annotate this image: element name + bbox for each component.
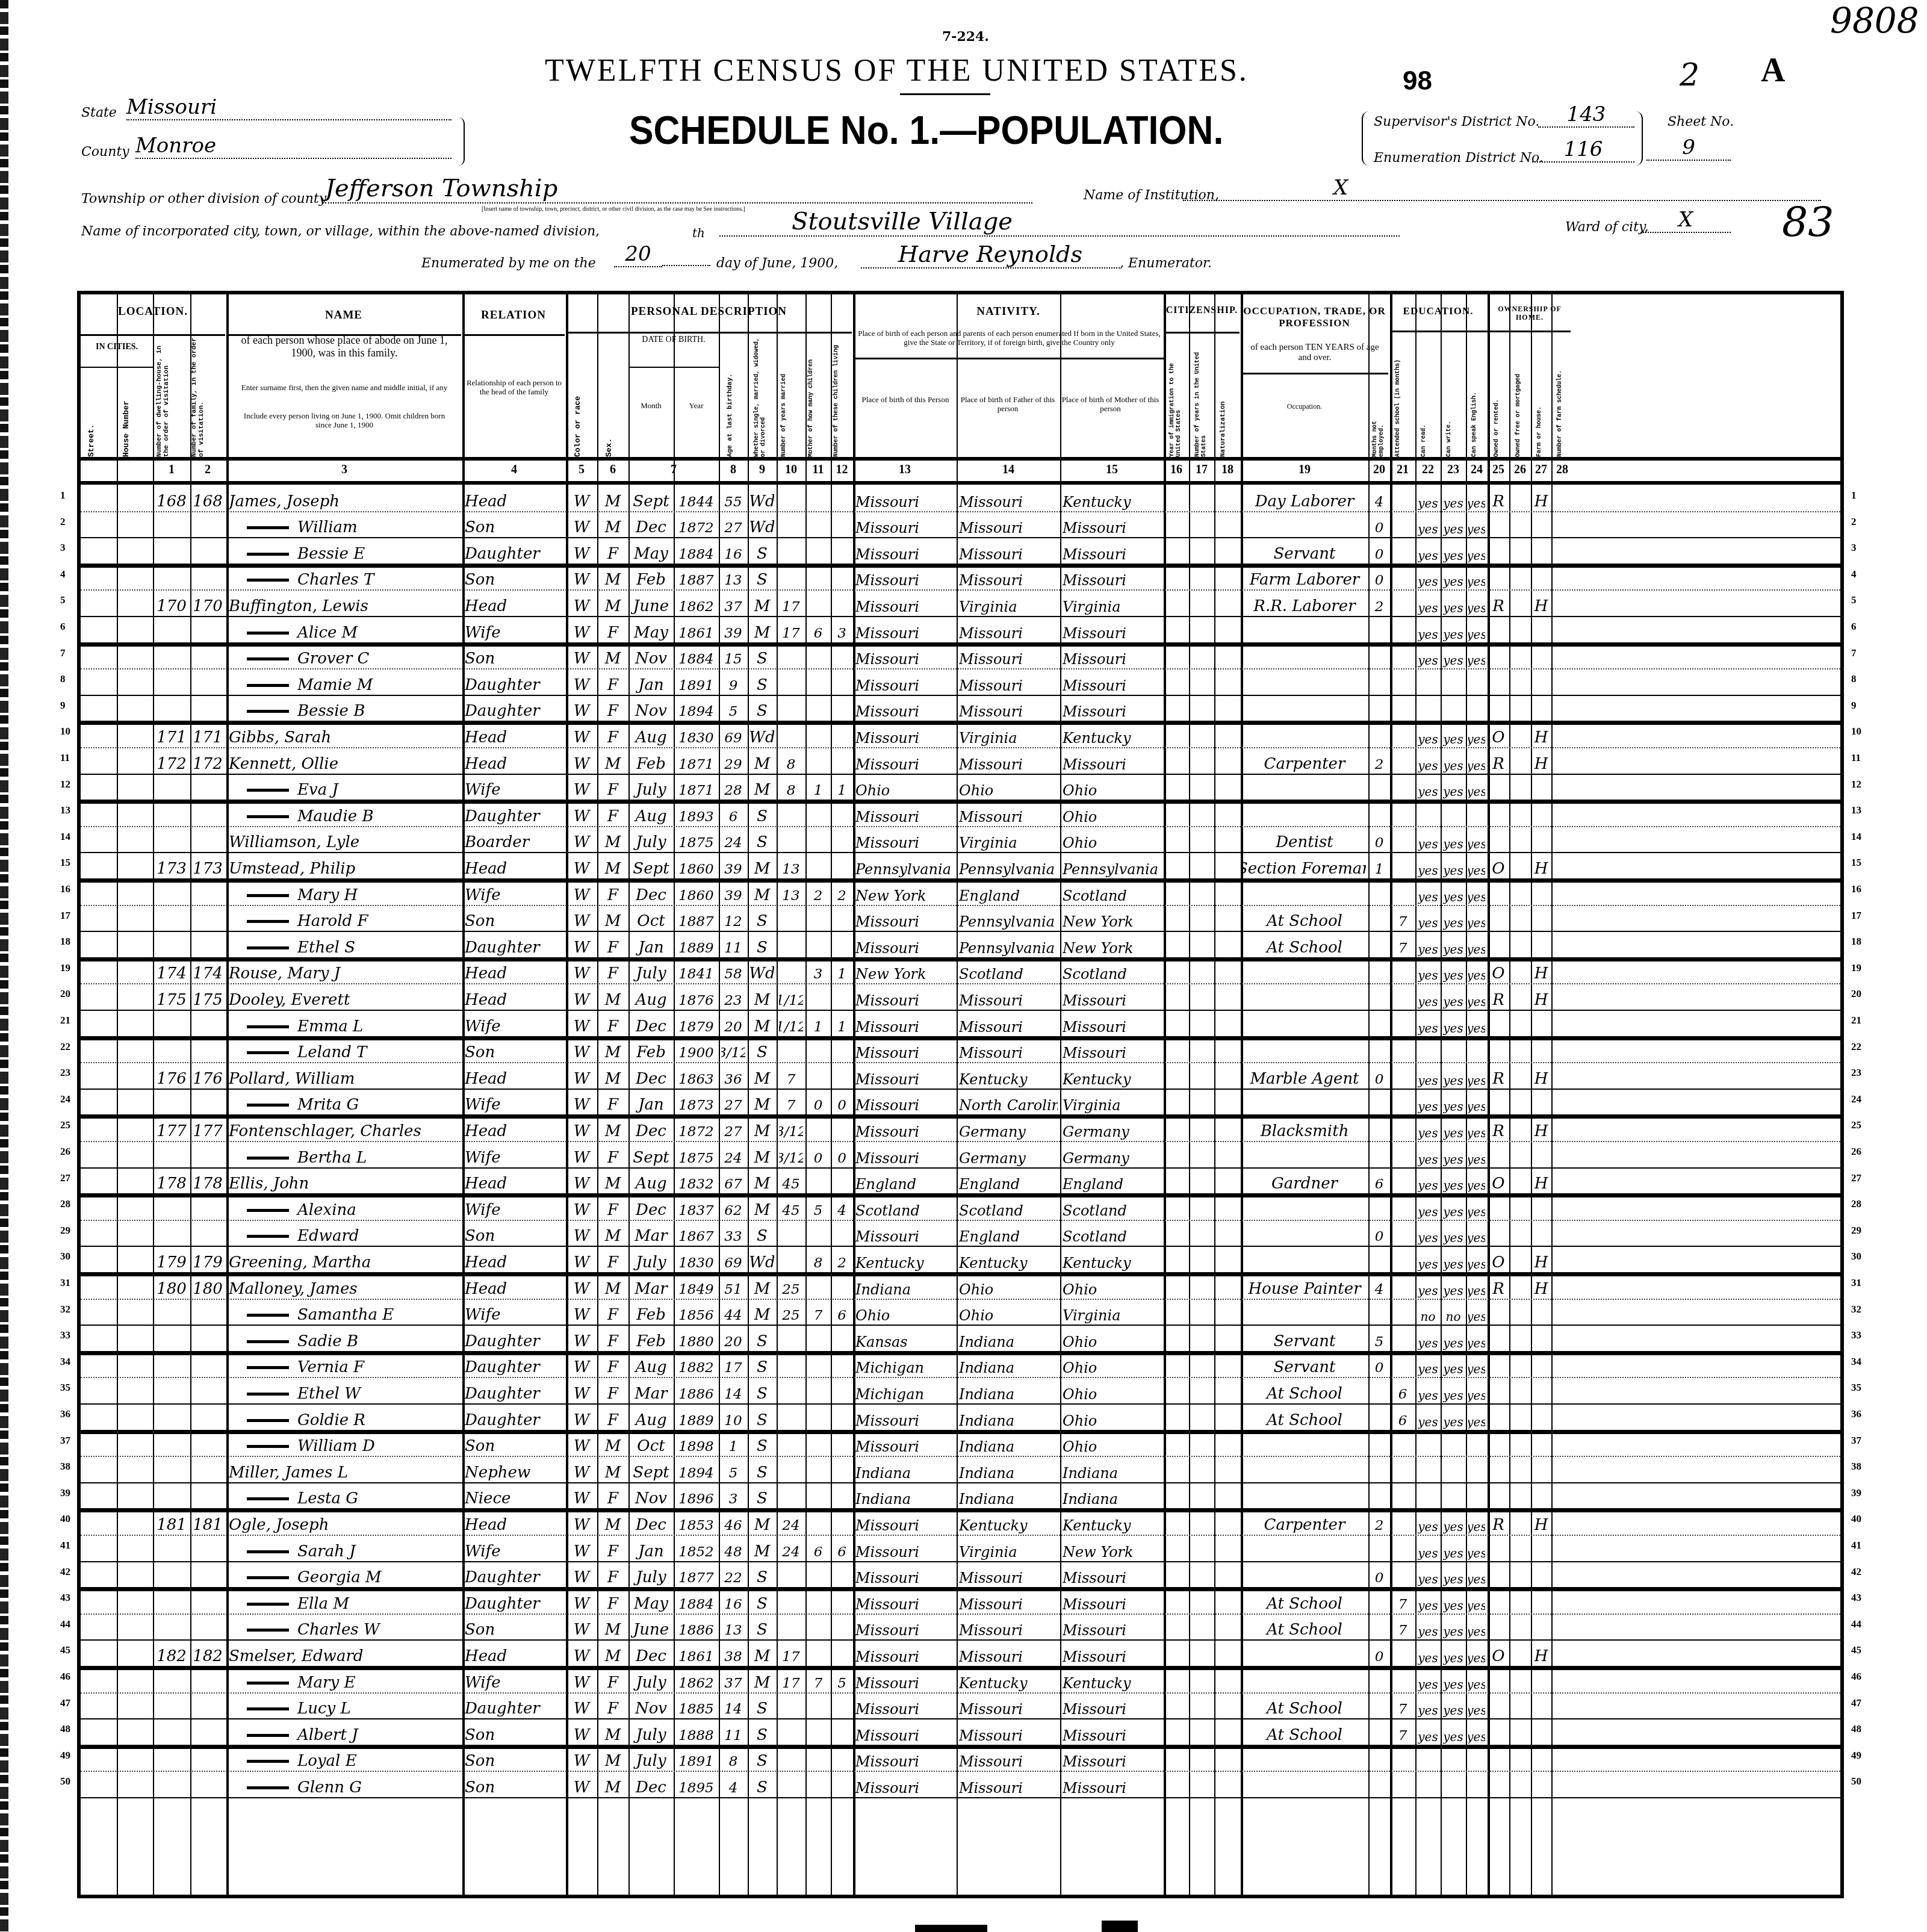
column-number: 19 — [1241, 463, 1368, 477]
cell-months-unemployed: 0 — [1371, 537, 1388, 564]
cell-text: W — [574, 1491, 590, 1506]
cell-mother-of: 1 — [808, 1010, 828, 1036]
rule — [226, 334, 461, 336]
cell-text: Missouri — [855, 836, 919, 850]
cell-text: S — [757, 677, 768, 693]
cell-text: yes — [1418, 1626, 1438, 1638]
cell-text: W — [574, 913, 590, 929]
cell-text: Daughter — [465, 1334, 540, 1349]
line-number-left: 14 — [60, 831, 70, 843]
cell-can-read: yes — [1418, 747, 1438, 774]
line-number-right: 41 — [1851, 1539, 1861, 1552]
line-number-left: 26 — [60, 1146, 70, 1158]
cell-text: S — [757, 1701, 768, 1716]
cell-birth-mother: Ohio — [1063, 1430, 1161, 1456]
cell-birth-father: Pennsylvania — [959, 852, 1058, 878]
cell-birth-year: 1898 — [676, 1430, 716, 1456]
cell-text: Missouri — [959, 626, 1023, 641]
cell-birth-person: Missouri — [855, 668, 954, 695]
cell-dwelling-number: 176 — [155, 1062, 188, 1089]
cell-text: W — [574, 809, 590, 824]
line-number-left: 35 — [60, 1382, 70, 1394]
cell-children-living: 5 — [833, 1666, 851, 1692]
cell-text: 0 — [1375, 836, 1384, 850]
cell-text: Aug — [635, 992, 666, 1008]
cell-farm-house — [1533, 1141, 1549, 1167]
cell-birth-month: July — [631, 826, 671, 853]
column-number: 24 — [1466, 463, 1488, 477]
cell-text: 172 — [193, 756, 223, 772]
cell-text: Jan — [638, 940, 664, 955]
cell-birth-year: 1884 — [676, 642, 716, 669]
line-number-right: 40 — [1851, 1513, 1861, 1525]
cell-text: yes — [1418, 1390, 1438, 1402]
cell-children-living — [833, 1062, 851, 1089]
cell-name: Dooley, Everett — [229, 983, 460, 1010]
cell-birth-person: Missouri — [855, 589, 954, 616]
line-number-left: 6 — [60, 621, 66, 633]
cell-can-write — [1443, 1482, 1463, 1509]
table-row: Loyal ESonWMJuly18918SMissouriMissouriMi… — [81, 1745, 1840, 1772]
cell-marital: S — [750, 695, 774, 721]
cell-mother-of — [808, 1639, 828, 1666]
header-sex: Sex. — [604, 415, 613, 457]
cell-text: W — [574, 1307, 590, 1323]
brace — [458, 117, 465, 166]
rule — [853, 358, 1164, 359]
table-row: Mary EWifeWFJuly186237M1775MissouriKentu… — [81, 1666, 1840, 1694]
cell-family-number: 179 — [193, 1246, 223, 1272]
cell-text: At School — [1267, 1412, 1342, 1428]
line-number-left: 32 — [60, 1303, 70, 1315]
cell-owned-free — [1512, 1010, 1528, 1036]
header-education: EDUCATION. — [1390, 305, 1486, 317]
cell-months-unemployed: 6 — [1371, 1167, 1388, 1194]
cell-age: 39 — [721, 616, 745, 642]
cell-farm-house — [1533, 1377, 1549, 1403]
line-number-right: 24 — [1851, 1093, 1861, 1105]
cell-text: W — [574, 834, 590, 850]
cell-text: yes — [1468, 550, 1485, 562]
cell-attended-school — [1392, 957, 1413, 984]
cell-name: Glenn G — [229, 1771, 460, 1797]
cell-birth-month: Aug — [631, 1351, 671, 1378]
table-row: Ella MDaughterWFMay188416SMissouriMissou… — [81, 1587, 1840, 1615]
cell-birth-person: Missouri — [855, 1141, 954, 1167]
column-number: 27 — [1531, 463, 1551, 477]
cell-text: Missouri — [1063, 626, 1126, 641]
cell-text: 17 — [782, 627, 799, 641]
line-number-right: 28 — [1851, 1198, 1861, 1210]
header-nativity: NATIVITY. — [853, 305, 1164, 318]
cell-birth-year: 1861 — [676, 1639, 716, 1666]
cell-name: Malloney, James — [229, 1272, 460, 1299]
cell-text: 1863 — [678, 1073, 714, 1087]
header-birth-father: Place of birth of Father of this person — [960, 396, 1056, 414]
cell-marital: M — [750, 1010, 774, 1036]
line-number-left: 42 — [60, 1566, 70, 1578]
cell-text: Dec — [636, 1019, 666, 1034]
cell-text: H — [1534, 730, 1548, 745]
cell-can-read — [1418, 668, 1438, 695]
cell-text: 174 — [193, 966, 223, 981]
cell-sex: M — [600, 589, 626, 616]
cell-text: H — [1534, 1176, 1548, 1191]
cell-birth-person: Missouri — [855, 1639, 954, 1666]
cell-birth-mother: Scotland — [1063, 957, 1161, 984]
cell-text: W — [574, 1465, 590, 1480]
cell-text: Missouri — [855, 1754, 919, 1769]
cell-text: 176 — [193, 1071, 223, 1087]
cell-owned-free — [1512, 1430, 1528, 1456]
cell-text: yes — [1418, 1547, 1438, 1559]
line-number-right: 36 — [1851, 1408, 1861, 1420]
cell-birth-mother: Germany — [1063, 1141, 1161, 1167]
cell-months-unemployed: 4 — [1371, 1272, 1388, 1299]
column-number: 12 — [831, 463, 853, 477]
cell-text: yes — [1443, 760, 1463, 772]
cell-text: W — [574, 1753, 590, 1769]
cell-text: M — [754, 1544, 771, 1559]
cell-can-read: yes — [1418, 1325, 1438, 1351]
cell-text: 39 — [724, 889, 742, 903]
title-rule — [900, 93, 990, 95]
cell-text: Indiana — [959, 1466, 1014, 1480]
cell-birth-year: 1832 — [676, 1167, 716, 1194]
ditto-dash — [247, 657, 289, 660]
cell-text: 180 — [157, 1281, 187, 1297]
line-number-right: 16 — [1851, 883, 1861, 895]
cell-text: 4 — [837, 1204, 846, 1218]
cell-text: F — [607, 1019, 618, 1034]
cell-can-speak-english: yes — [1468, 1220, 1485, 1246]
cell-birth-year: 1863 — [676, 1062, 716, 1089]
cell-age: 15 — [721, 642, 745, 669]
line-number-left: 31 — [60, 1277, 70, 1289]
cell-color: W — [568, 1299, 595, 1325]
cell-birth-father: Ohio — [959, 1299, 1058, 1325]
cell-text: O — [1492, 1176, 1504, 1191]
cell-birth-person: Missouri — [855, 1535, 954, 1561]
cell-birth-father: Kentucky — [959, 1666, 1058, 1692]
scan-noise — [1102, 1921, 1138, 1932]
cell-dwelling-number — [155, 668, 188, 695]
line-number-left: 37 — [60, 1435, 70, 1447]
cell-can-speak-english: yes — [1468, 747, 1485, 774]
cell-mother-of: 5 — [808, 1193, 828, 1220]
cell-relation: Wife — [465, 1141, 563, 1167]
cell-text: Day Laborer — [1255, 494, 1354, 509]
cell-owned-free — [1512, 1220, 1528, 1246]
cell-color: W — [568, 1351, 595, 1378]
cell-owned-free — [1512, 1089, 1528, 1115]
cell-text: 180 — [193, 1281, 223, 1297]
cell-text: W — [574, 1202, 590, 1218]
header-occupation-group: OCCUPATION, TRADE, OR PROFESSION — [1241, 305, 1388, 329]
cell-text: 168 — [157, 494, 187, 509]
cell-text: yes — [1418, 838, 1438, 850]
cell-text: Dec — [636, 520, 666, 535]
header-year: Year — [674, 402, 719, 411]
cell-text: Daughter — [465, 940, 540, 955]
cell-birth-year: 1875 — [676, 826, 716, 853]
cell-name: Lucy L — [229, 1692, 460, 1719]
line-number-left: 10 — [60, 725, 70, 738]
cell-owned-rented — [1490, 1430, 1507, 1456]
cell-relation: Daughter — [465, 668, 563, 695]
cell-years-married — [779, 1220, 803, 1246]
cell-text: Virginia — [959, 836, 1017, 850]
cell-text: Son — [465, 1780, 495, 1795]
cell-birth-father: Kentucky — [959, 1246, 1058, 1272]
cell-dwelling-number — [155, 1745, 188, 1771]
cell-text: yes — [1468, 1258, 1485, 1270]
cell-occupation — [1243, 668, 1366, 695]
cell-can-write: yes — [1443, 1272, 1463, 1299]
line-number-left: 29 — [60, 1225, 70, 1237]
cell-text: W — [574, 1334, 590, 1349]
cell-years-married: 17 — [779, 1666, 803, 1692]
cell-text: 1862 — [678, 600, 714, 614]
cell-can-write: yes — [1443, 589, 1463, 616]
cell-text: Dec — [636, 1071, 666, 1087]
cell-birth-year: 1875 — [676, 1141, 716, 1167]
cell-color: W — [568, 511, 595, 538]
cell-sex: M — [600, 1508, 626, 1535]
cell-owned-rented — [1490, 905, 1507, 931]
cell-age: 33 — [721, 1220, 745, 1246]
given-name: Mary E — [297, 1675, 355, 1691]
cell-text: 67 — [724, 1178, 742, 1191]
cell-months-unemployed — [1371, 721, 1388, 747]
cell-owned-free — [1512, 1141, 1528, 1167]
cell-can-read: yes — [1418, 1535, 1438, 1561]
cell-text: yes — [1418, 1704, 1438, 1716]
column-number: 26 — [1509, 463, 1531, 477]
cell-text: yes — [1418, 576, 1438, 588]
cell-sex: M — [600, 1062, 626, 1089]
cell-mother-of — [808, 721, 828, 747]
cell-months-unemployed: 0 — [1371, 826, 1388, 853]
cell-owned-rented: R — [1490, 485, 1507, 511]
cell-text: 170 — [157, 598, 187, 614]
cell-can-speak-english: yes — [1468, 1325, 1485, 1351]
cell-family-number — [193, 1193, 223, 1220]
cell-marital: S — [750, 1220, 774, 1246]
cell-owned-rented — [1490, 1614, 1507, 1640]
cell-text: W — [574, 520, 590, 535]
cell-years-married — [779, 721, 803, 747]
cell-text: W — [574, 1386, 590, 1402]
cell-text: Missouri — [959, 521, 1023, 535]
cell-owned-rented — [1490, 1561, 1507, 1588]
cell-owned-free — [1512, 878, 1528, 905]
cell-age: 13 — [721, 564, 745, 590]
cell-years-married: 8 — [779, 774, 803, 800]
cell-occupation — [1243, 800, 1366, 826]
cell-can-write: yes — [1443, 931, 1463, 957]
cell-can-write — [1443, 1430, 1463, 1456]
cell-birth-father: Missouri — [959, 1587, 1058, 1614]
column-number: 14 — [957, 463, 1060, 477]
table-row: Ethel WDaughterWFMar188614SMichiganIndia… — [81, 1377, 1840, 1405]
cell-can-read: yes — [1418, 1193, 1438, 1220]
cell-text: M — [605, 834, 621, 850]
cell-mother-of — [808, 564, 828, 590]
cell-birth-person: Missouri — [855, 1089, 954, 1115]
cell-birth-month: July — [631, 1666, 671, 1692]
cell-text: Missouri — [855, 1125, 919, 1139]
cell-occupation: Carpenter — [1243, 747, 1366, 774]
cell-text: 45 — [782, 1204, 799, 1218]
cell-sex: F — [600, 931, 626, 957]
table-row: 177177Fontenschlager, CharlesHeadWMDec18… — [81, 1114, 1840, 1142]
cell-marital: Wd — [750, 721, 774, 747]
cell-months-unemployed: 0 — [1371, 511, 1388, 538]
cell-text: Ohio — [855, 1308, 890, 1323]
cell-text: yes — [1443, 733, 1463, 745]
cell-dwelling-number — [155, 511, 188, 538]
cell-name: Ethel W — [229, 1377, 460, 1403]
cell-text: 2 — [837, 1256, 846, 1270]
cell-text: 25 — [782, 1309, 799, 1323]
cell-age: 13 — [721, 1614, 745, 1640]
cell-can-speak-english: yes — [1468, 1535, 1485, 1561]
cell-text: England — [959, 1177, 1020, 1191]
cell-text: S — [757, 1596, 768, 1612]
cell-birth-year: 1893 — [676, 800, 716, 826]
cell-text: 27 — [724, 1099, 742, 1113]
cell-can-speak-english — [1468, 1456, 1485, 1482]
cell-color: W — [568, 1718, 595, 1745]
cell-farm-house — [1533, 1561, 1549, 1588]
cell-can-write: yes — [1443, 537, 1463, 564]
cell-children-living — [833, 1561, 851, 1588]
cell-text: M — [754, 1675, 771, 1691]
line-number-left: 22 — [60, 1041, 70, 1053]
cell-text: 1886 — [678, 1624, 714, 1638]
cell-children-living — [833, 642, 851, 669]
cell-relation: Son — [465, 1614, 563, 1640]
cell-text: Mar — [635, 1281, 668, 1297]
cell-mother-of: 3 — [808, 957, 828, 984]
cell-family-number — [193, 564, 223, 590]
cell-can-speak-english — [1468, 668, 1485, 695]
cell-color: W — [568, 983, 595, 1010]
cell-birth-mother: Ohio — [1063, 800, 1161, 826]
given-name: Mrita G — [297, 1097, 359, 1113]
cell-birth-year: 1891 — [676, 1745, 716, 1771]
cell-marital: S — [750, 1403, 774, 1430]
cell-text: 7 — [787, 1099, 796, 1113]
cell-text: M — [605, 1753, 621, 1769]
cell-attended-school — [1392, 589, 1413, 616]
cell-occupation: At School — [1243, 1614, 1366, 1640]
cell-text: Missouri — [855, 1702, 919, 1716]
cell-can-read: yes — [1418, 1141, 1438, 1167]
cell-family-number — [193, 695, 223, 721]
cell-can-write: yes — [1443, 852, 1463, 878]
cell-name: Grover C — [229, 642, 460, 669]
cell-mother-of — [808, 1351, 828, 1378]
cell-sex: M — [600, 1718, 626, 1745]
cell-attended-school: 7 — [1392, 1587, 1413, 1614]
cell-color: W — [568, 800, 595, 826]
cell-text: O — [1492, 861, 1504, 877]
cell-can-read: yes — [1418, 826, 1438, 853]
cell-can-write — [1443, 695, 1463, 721]
cell-mother-of: 0 — [808, 1089, 828, 1115]
line-number-right: 37 — [1851, 1435, 1861, 1447]
ditto-dash — [247, 894, 289, 897]
given-name: Lucy L — [297, 1701, 351, 1716]
cell-text: Servant — [1273, 546, 1335, 562]
cell-text: 55 — [724, 495, 742, 509]
cell-text: 182 — [157, 1648, 187, 1664]
cell-text: Germany — [959, 1151, 1026, 1166]
given-name: Eva J — [297, 782, 338, 798]
cell-birth-month: July — [631, 1718, 671, 1745]
cell-color: W — [568, 747, 595, 774]
cell-text: 175 — [157, 992, 187, 1008]
township-note: [Insert name of township, town, precinct… — [482, 206, 745, 213]
cell-mother-of — [808, 1771, 828, 1797]
cell-age: 16 — [721, 537, 745, 564]
cell-relation: Daughter — [465, 800, 563, 826]
cell-can-write — [1443, 668, 1463, 695]
cell-text: F — [607, 1596, 618, 1612]
cell-text: 0 — [1375, 574, 1384, 588]
cell-relation: Wife — [465, 1535, 563, 1561]
cell-color: W — [568, 1666, 595, 1692]
cell-mother-of — [808, 1456, 828, 1482]
given-name: Edward — [297, 1228, 359, 1244]
cell-name: James, Joseph — [229, 485, 460, 511]
cell-text: H — [1534, 966, 1548, 981]
cell-birth-month: Dec — [631, 1010, 671, 1036]
cell-can-write: yes — [1443, 826, 1463, 853]
cell-relation: Son — [465, 1771, 563, 1797]
cell-text: 33 — [724, 1230, 742, 1244]
cell-can-read — [1418, 1456, 1438, 1482]
cell-mother-of — [808, 1062, 828, 1089]
cell-children-living — [833, 800, 851, 826]
cell-text: New York — [855, 889, 926, 903]
rule — [462, 334, 565, 336]
cell-birth-mother: Virginia — [1063, 589, 1161, 616]
cell-farm-house — [1533, 695, 1549, 721]
cell-birth-father: Missouri — [959, 668, 1058, 695]
cell-text: Missouri — [855, 652, 919, 666]
cell-dwelling-number — [155, 616, 188, 642]
side-number: 83 — [1782, 199, 1834, 246]
cell-text: yes — [1443, 996, 1463, 1008]
cell-text: W — [574, 1150, 590, 1166]
cell-text: yes — [1443, 1258, 1463, 1270]
cell-text: Head — [465, 1517, 507, 1533]
column-number: 9 — [748, 463, 777, 477]
cell-birth-mother: New York — [1063, 931, 1161, 957]
cell-relation: Wife — [465, 1299, 563, 1325]
cell-text: 36 — [724, 1073, 742, 1087]
cell-months-unemployed — [1371, 1141, 1388, 1167]
cell-birth-person: Missouri — [855, 1220, 954, 1246]
cell-can-write: yes — [1443, 1325, 1463, 1351]
cell-text: Missouri — [959, 547, 1023, 562]
cell-can-speak-english: yes — [1468, 1508, 1485, 1535]
cell-marital: M — [750, 1639, 774, 1666]
brace-left — [1362, 111, 1370, 166]
